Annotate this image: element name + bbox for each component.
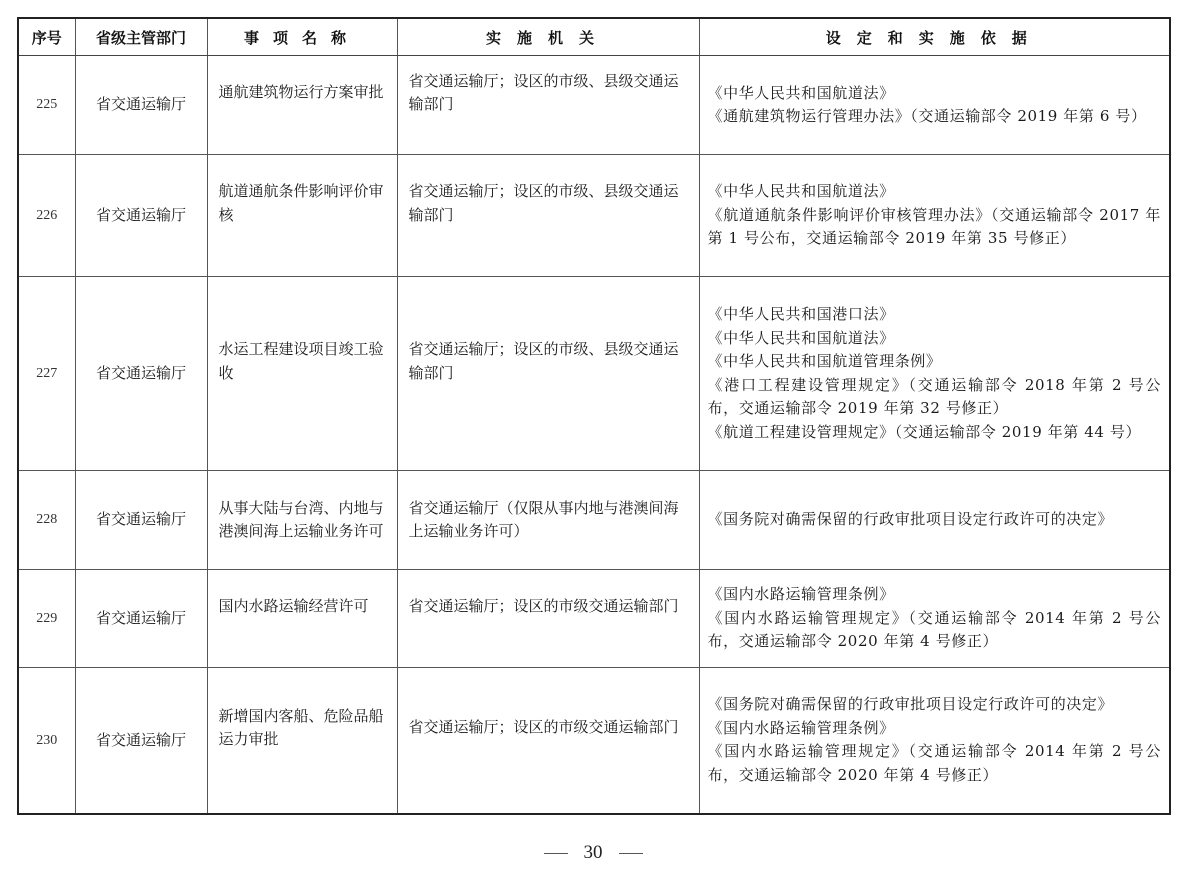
table-row: 225 省交通运输厅 通航建筑物运行方案审批 省交通运输厅；设区的市级、县级交通…: [18, 56, 1170, 155]
cell-dept: 省交通运输厅: [75, 471, 207, 570]
cell-item-name: 水运工程建设项目竣工验收: [207, 277, 397, 471]
org-text: 省交通运输厅；设区的市级交通运输部门: [409, 716, 691, 740]
header-item-name: 事项名称: [207, 18, 397, 56]
cell-legal-basis: 《中华人民共和国航道法》 《航道通航条件影响评价审核管理办法》（交通运输部令 2…: [699, 155, 1170, 277]
cell-item-name: 航道通航条件影响评价审核: [207, 155, 397, 277]
basis-line: 《通航建筑物运行管理办法》（交通运输部令 2019 年第 6 号）: [708, 105, 1162, 129]
basis-line: 《航道工程建设管理规定》（交通运输部令 2019 年第 44 号）: [708, 421, 1162, 445]
cell-dept: 省交通运输厅: [75, 668, 207, 814]
basis-line: 《国内水路运输管理条例》: [708, 717, 1162, 741]
cell-item-name: 国内水路运输经营许可: [207, 570, 397, 668]
cell-legal-basis: 《中华人民共和国航道法》 《通航建筑物运行管理办法》（交通运输部令 2019 年…: [699, 56, 1170, 155]
basis-line: 《国内水路运输管理规定》（交通运输部令 2014 年第 2 号公布，交通运输部令…: [708, 740, 1162, 787]
table-row: 227 省交通运输厅 水运工程建设项目竣工验收 省交通运输厅；设区的市级、县级交…: [18, 277, 1170, 471]
table-row: 230 省交通运输厅 新增国内客船、危险品船运力审批 省交通运输厅；设区的市级交…: [18, 668, 1170, 814]
cell-seq: 226: [18, 155, 75, 277]
permit-items-table: 序号 省级主管部门 事项名称 实施机关 设定和实施依据 225 省交通运输厅 通…: [17, 17, 1171, 815]
org-text: 省交通运输厅；设区的市级、县级交通运输部门: [409, 70, 691, 117]
basis-line: 《港口工程建设管理规定》（交通运输部令 2018 年第 2 号公布，交通运输部令…: [708, 374, 1162, 421]
table-row: 229 省交通运输厅 国内水路运输经营许可 省交通运输厅；设区的市级交通运输部门…: [18, 570, 1170, 668]
basis-line: 《航道通航条件影响评价审核管理办法》（交通运输部令 2017 年第 1 号公布，…: [708, 204, 1162, 251]
dash-left: [544, 853, 568, 854]
table-row: 228 省交通运输厅 从事大陆与台湾、内地与港澳间海上运输业务许可 省交通运输厅…: [18, 471, 1170, 570]
page-footer: 30: [0, 842, 1186, 864]
item-name-text: 国内水路运输经营许可: [219, 595, 389, 619]
org-text: 省交通运输厅；设区的市级、县级交通运输部门: [409, 180, 691, 227]
cell-seq: 228: [18, 471, 75, 570]
table-header-row: 序号 省级主管部门 事项名称 实施机关 设定和实施依据: [18, 18, 1170, 56]
cell-item-name: 从事大陆与台湾、内地与港澳间海上运输业务许可: [207, 471, 397, 570]
page-number: 30: [584, 842, 603, 863]
cell-implementing-org: 省交通运输厅；设区的市级、县级交通运输部门: [397, 155, 699, 277]
basis-line: 《国务院对确需保留的行政审批项目设定行政许可的决定》: [708, 693, 1162, 717]
basis-line: 《国内水路运输管理规定》（交通运输部令 2014 年第 2 号公布，交通运输部令…: [708, 607, 1162, 654]
cell-dept: 省交通运输厅: [75, 277, 207, 471]
basis-line: 《中华人民共和国航道法》: [708, 180, 1162, 204]
basis-line: 《中华人民共和国航道法》: [708, 327, 1162, 351]
header-dept: 省级主管部门: [75, 18, 207, 56]
cell-seq: 225: [18, 56, 75, 155]
item-name-text: 水运工程建设项目竣工验收: [219, 338, 389, 385]
cell-seq: 230: [18, 668, 75, 814]
basis-line: 《国内水路运输管理条例》: [708, 583, 1162, 607]
header-implementing-org: 实施机关: [397, 18, 699, 56]
basis-line: 《中华人民共和国港口法》: [708, 303, 1162, 327]
item-name-text: 航道通航条件影响评价审核: [219, 180, 389, 227]
table-row: 226 省交通运输厅 航道通航条件影响评价审核 省交通运输厅；设区的市级、县级交…: [18, 155, 1170, 277]
basis-line: 《中华人民共和国航道法》: [708, 82, 1162, 106]
cell-implementing-org: 省交通运输厅；设区的市级、县级交通运输部门: [397, 277, 699, 471]
item-name-text: 通航建筑物运行方案审批: [219, 81, 389, 105]
org-text: 省交通运输厅；设区的市级交通运输部门: [409, 595, 691, 619]
cell-dept: 省交通运输厅: [75, 155, 207, 277]
cell-legal-basis: 《国务院对确需保留的行政审批项目设定行政许可的决定》 《国内水路运输管理条例》 …: [699, 668, 1170, 814]
dash-right: [619, 853, 643, 854]
org-text: 省交通运输厅（仅限从事内地与港澳间海上运输业务许可）: [409, 497, 691, 544]
cell-seq: 229: [18, 570, 75, 668]
basis-line: 《国务院对确需保留的行政审批项目设定行政许可的决定》: [708, 508, 1162, 532]
cell-implementing-org: 省交通运输厅；设区的市级、县级交通运输部门: [397, 56, 699, 155]
cell-legal-basis: 《国务院对确需保留的行政审批项目设定行政许可的决定》: [699, 471, 1170, 570]
item-name-text: 从事大陆与台湾、内地与港澳间海上运输业务许可: [219, 497, 389, 544]
item-name-text: 新增国内客船、危险品船运力审批: [219, 705, 389, 752]
header-legal-basis: 设定和实施依据: [699, 18, 1170, 56]
cell-legal-basis: 《国内水路运输管理条例》 《国内水路运输管理规定》（交通运输部令 2014 年第…: [699, 570, 1170, 668]
cell-implementing-org: 省交通运输厅；设区的市级交通运输部门: [397, 668, 699, 814]
cell-implementing-org: 省交通运输厅（仅限从事内地与港澳间海上运输业务许可）: [397, 471, 699, 570]
basis-line: 《中华人民共和国航道管理条例》: [708, 350, 1162, 374]
cell-dept: 省交通运输厅: [75, 570, 207, 668]
cell-seq: 227: [18, 277, 75, 471]
header-seq: 序号: [18, 18, 75, 56]
cell-legal-basis: 《中华人民共和国港口法》 《中华人民共和国航道法》 《中华人民共和国航道管理条例…: [699, 277, 1170, 471]
cell-implementing-org: 省交通运输厅；设区的市级交通运输部门: [397, 570, 699, 668]
org-text: 省交通运输厅；设区的市级、县级交通运输部门: [409, 338, 691, 385]
cell-item-name: 新增国内客船、危险品船运力审批: [207, 668, 397, 814]
cell-item-name: 通航建筑物运行方案审批: [207, 56, 397, 155]
cell-dept: 省交通运输厅: [75, 56, 207, 155]
